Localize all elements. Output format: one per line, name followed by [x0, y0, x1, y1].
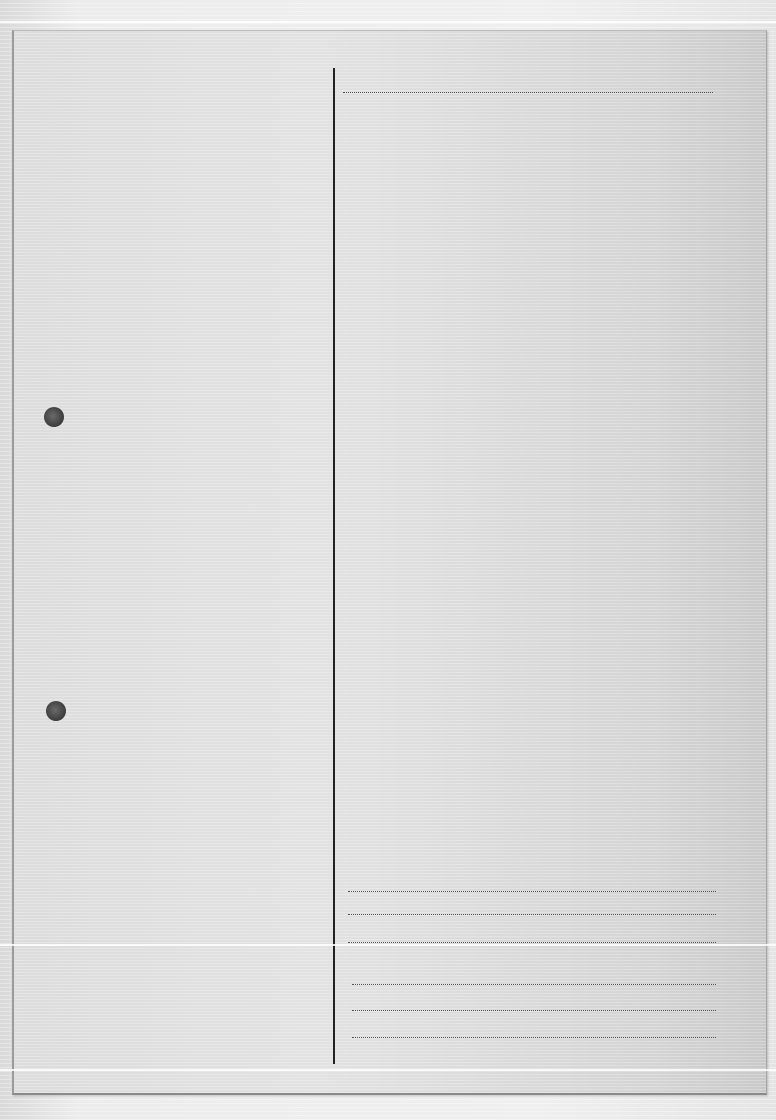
section-14-line-2: [352, 1010, 716, 1011]
section-13-line-am: [348, 891, 716, 892]
section-13-line-von: [348, 914, 716, 915]
form-sheet: [12, 30, 767, 1095]
column-divider: [333, 68, 335, 1064]
punch-hole-top: [44, 407, 64, 427]
scan-artifact-line: [0, 944, 776, 946]
scan-artifact-line: [0, 1069, 776, 1071]
section-13-line-nach: [348, 942, 716, 943]
section-11-line: [343, 92, 713, 93]
punch-hole-bottom: [46, 701, 66, 721]
scan-artifact-line: [0, 21, 776, 23]
section-14-line-3: [352, 1037, 716, 1038]
section-14-line-1: [352, 984, 716, 985]
